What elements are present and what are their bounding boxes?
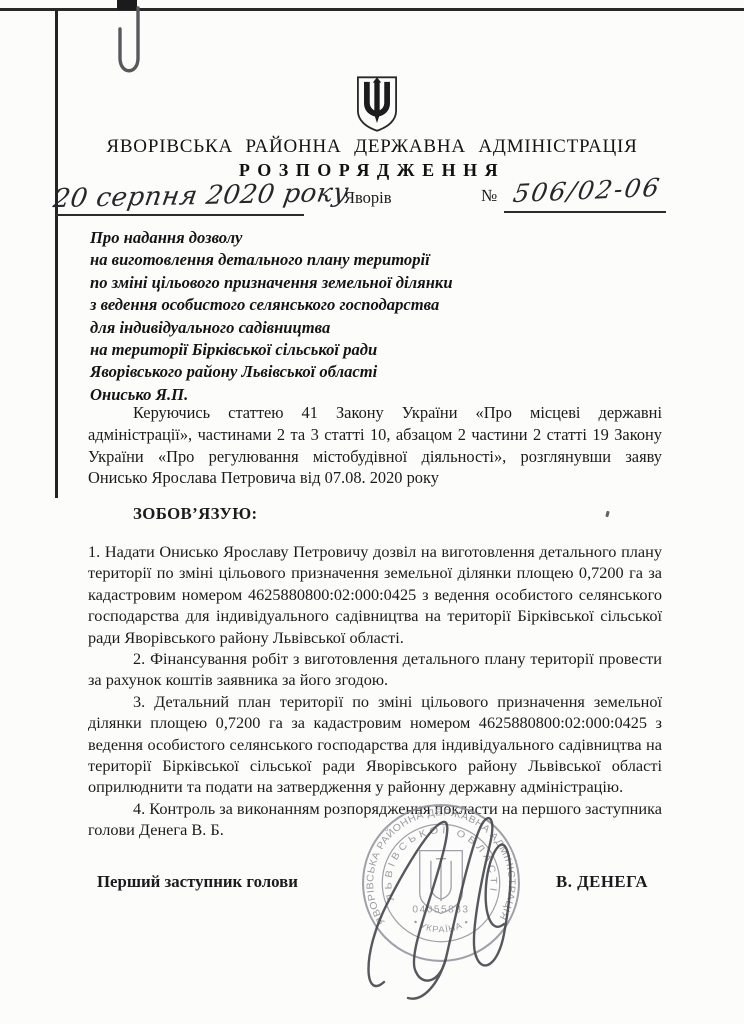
handwritten-number: 506/02-06 (511, 173, 663, 208)
number-label: № (481, 186, 497, 206)
handwritten-date: 20 серпня 2020 року (51, 178, 351, 214)
number-underline (504, 211, 666, 213)
subject-line: по зміні цільового призначення земельної… (90, 272, 453, 294)
subject-block: Про надання дозволу на виготовлення дета… (90, 227, 453, 406)
subject-line: Про надання дозволу (90, 227, 453, 249)
org-name: ЯВОРІВСЬКА РАЙОННА ДЕРЖАВНА АДМІНІСТРАЦІ… (0, 136, 744, 158)
order-item: 2. Фінансування робіт з виготовлення дет… (88, 648, 662, 691)
city-name: Яворів (344, 188, 392, 208)
subject-line: на території Бірківської сільської ради (90, 339, 453, 361)
subject-line: з ведення особистого селянського господа… (90, 294, 453, 316)
subject-line: для індивідуального садівництва (90, 317, 453, 339)
coat-of-arms-icon (354, 75, 400, 133)
signature-scribble (346, 786, 558, 1004)
preamble-paragraph: Керуючись статтею 41 Закону України «Про… (88, 402, 662, 489)
scanned-document-page: ЯВОРІВСЬКА РАЙОННА ДЕРЖАВНА АДМІНІСТРАЦІ… (0, 0, 744, 1024)
scan-left-edge (55, 10, 58, 498)
subject-line: на виготовлення детального плану територ… (90, 249, 453, 271)
signer-position: Перший заступник голови (97, 872, 298, 892)
paperclip-icon (108, 2, 154, 102)
date-underline (56, 214, 304, 216)
scan-speck (605, 511, 609, 518)
resolution-heading: ЗОБОВ’ЯЗУЮ: (133, 504, 257, 524)
order-item: 1. Надати Онисько Ярославу Петровичу доз… (88, 541, 662, 648)
subject-line: Яворівського району Львівської області (90, 361, 453, 383)
signer-name: В. ДЕНЕГА (556, 872, 648, 892)
order-item: 3. Детальний план території по зміні ціл… (88, 691, 662, 798)
